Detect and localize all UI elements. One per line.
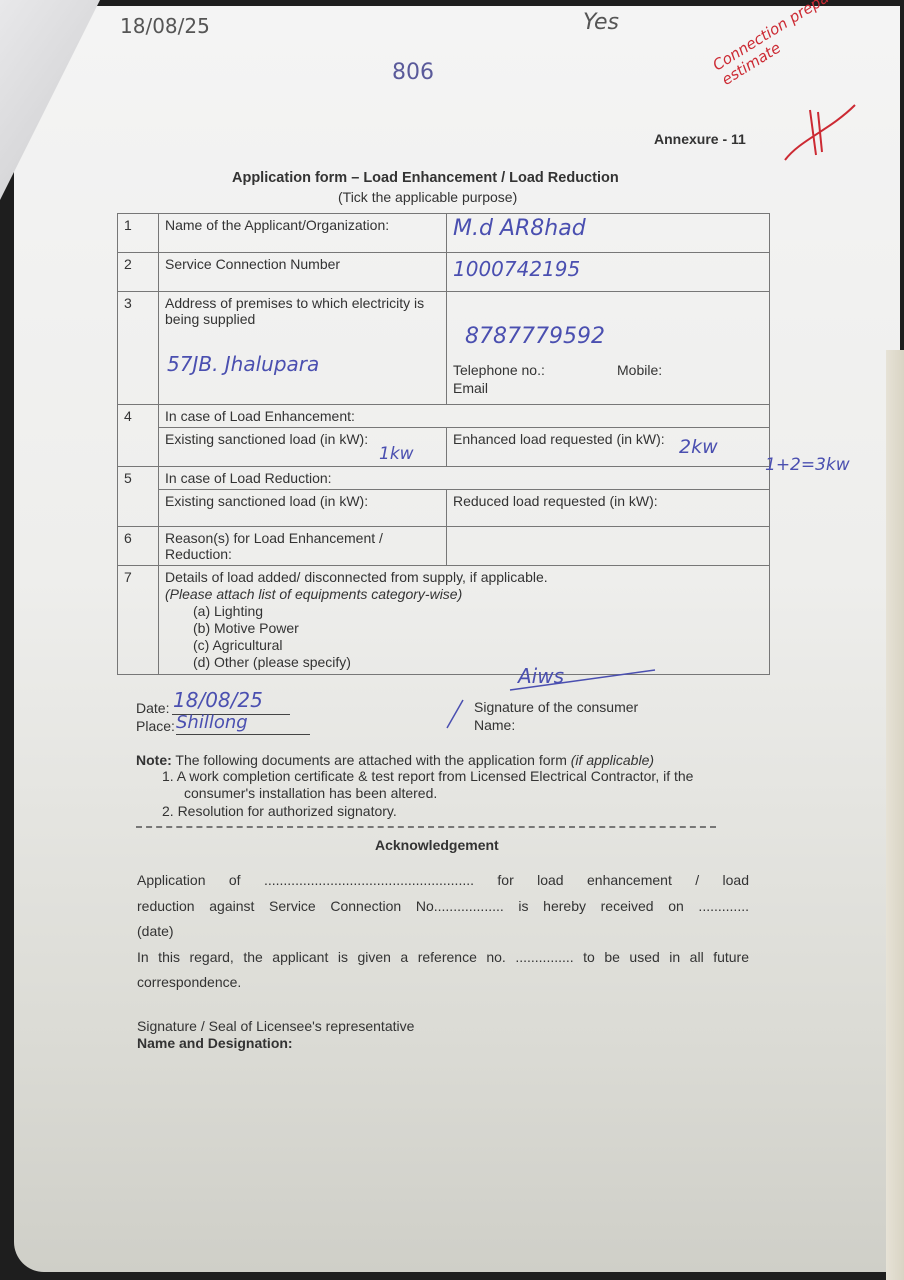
cut-line-divider bbox=[136, 826, 716, 828]
applicant-name-field[interactable]: M.d AR8had bbox=[447, 214, 770, 253]
note-text: Note: The following documents are attach… bbox=[136, 752, 654, 768]
form-row-reduction-header: 5 In case of Load Reduction: bbox=[118, 467, 770, 490]
note-item-1: 1. A work completion certificate & test … bbox=[162, 768, 693, 784]
existing-load-label: Existing sanctioned load (in kW): bbox=[165, 431, 368, 447]
handwritten-date: 18/08/25 bbox=[120, 14, 210, 38]
form-row-reduction-values: Existing sanctioned load (in kW): Reduce… bbox=[118, 490, 770, 527]
form-row-address: 3 Address of premises to which electrici… bbox=[118, 292, 770, 405]
field-note: (Please attach list of equipments catego… bbox=[165, 586, 763, 603]
place-label: Place: bbox=[136, 718, 175, 734]
form-row-load-details: 7 Details of load added/ disconnected fr… bbox=[118, 566, 770, 675]
acknowledgement-title: Acknowledgement bbox=[375, 837, 499, 853]
row-number: 2 bbox=[118, 253, 159, 292]
field-label: Reason(s) for Load Enhancement / Reducti… bbox=[159, 527, 447, 566]
category-item: (b) Motive Power bbox=[165, 620, 763, 637]
note-suffix: (if applicable) bbox=[571, 752, 654, 768]
reduced-load-field[interactable]: Reduced load requested (in kW): bbox=[447, 490, 770, 527]
row-number: 7 bbox=[118, 566, 159, 675]
field-label: Details of load added/ disconnected from… bbox=[165, 569, 763, 586]
licensee-signature-label: Signature / Seal of Licensee's represent… bbox=[137, 1018, 414, 1034]
note-item-2: 2. Resolution for authorized signatory. bbox=[162, 803, 397, 819]
form-row-enhancement-values: Existing sanctioned load (in kW): 1kw En… bbox=[118, 428, 770, 467]
existing-load-field[interactable]: Existing sanctioned load (in kW): 1kw bbox=[159, 428, 447, 467]
address-value: 57JB. Jhalupara bbox=[167, 352, 319, 376]
field-label: Name of the Applicant/Organization: bbox=[159, 214, 447, 253]
form-row-reason: 6 Reason(s) for Load Enhancement / Reduc… bbox=[118, 527, 770, 566]
enhanced-load-value: 2kw bbox=[679, 436, 718, 458]
form-row-enhancement-header: 4 In case of Load Enhancement: bbox=[118, 405, 770, 428]
name-designation-label: Name and Designation: bbox=[137, 1035, 293, 1051]
application-form-table: 1 Name of the Applicant/Organization: M.… bbox=[117, 213, 770, 675]
ack-line-4: In this regard, the applicant is given a… bbox=[137, 949, 749, 965]
load-details-field[interactable]: Details of load added/ disconnected from… bbox=[159, 566, 770, 675]
ack-line-5: correspondence. bbox=[137, 974, 241, 990]
reduced-load-label: Reduced load requested (in kW): bbox=[453, 493, 658, 509]
field-label: Service Connection Number bbox=[159, 253, 447, 292]
telephone-label: Telephone no.: bbox=[453, 362, 545, 378]
note-body: The following documents are attached wit… bbox=[175, 752, 566, 768]
form-row-service-connection: 2 Service Connection Number 1000742195 bbox=[118, 253, 770, 292]
row-number: 3 bbox=[118, 292, 159, 405]
reason-field[interactable] bbox=[447, 527, 770, 566]
handwritten-number: 806 bbox=[392, 60, 434, 85]
date-value[interactable]: 18/08/25 bbox=[173, 688, 263, 712]
ack-line-1: Application of .........................… bbox=[137, 872, 749, 888]
date-label: Date: bbox=[136, 700, 169, 716]
signature-label: Signature of the consumer bbox=[474, 699, 638, 715]
ack-line-3: (date) bbox=[137, 923, 174, 939]
form-subtitle: (Tick the applicable purpose) bbox=[338, 189, 517, 205]
note-item-1-cont: consumer's installation has been altered… bbox=[184, 785, 437, 801]
ack-line-2: reduction against Service Connection No.… bbox=[137, 898, 749, 914]
place-value[interactable]: Shillong bbox=[176, 712, 248, 733]
applicant-name-value: M.d AR8had bbox=[453, 216, 586, 241]
contact-field[interactable]: 8787779592 Telephone no.: Mobile: Email bbox=[447, 292, 770, 405]
row-number: 5 bbox=[118, 467, 159, 527]
service-connection-field[interactable]: 1000742195 bbox=[447, 253, 770, 292]
note-prefix: Note: bbox=[136, 752, 172, 768]
red-initials-mark bbox=[780, 100, 860, 170]
row-number: 4 bbox=[118, 405, 159, 467]
handwritten-yes: Yes bbox=[583, 10, 619, 35]
mobile-label: Mobile: bbox=[617, 362, 662, 378]
paper-edge bbox=[886, 350, 904, 1280]
place-underline bbox=[176, 734, 310, 735]
address-field[interactable]: Address of premises to which electricity… bbox=[159, 292, 447, 405]
row-number: 1 bbox=[118, 214, 159, 253]
form-row-name: 1 Name of the Applicant/Organization: M.… bbox=[118, 214, 770, 253]
row-number: 6 bbox=[118, 527, 159, 566]
name-label: Name: bbox=[474, 717, 515, 733]
enhanced-load-field[interactable]: Enhanced load requested (in kW): 2kw bbox=[447, 428, 770, 467]
field-label: In case of Load Reduction: bbox=[159, 467, 770, 490]
category-item: (a) Lighting bbox=[165, 603, 763, 620]
enhanced-load-label: Enhanced load requested (in kW): bbox=[453, 431, 665, 447]
field-label: In case of Load Enhancement: bbox=[159, 405, 770, 428]
existing-load-value: 1kw bbox=[379, 444, 414, 464]
phone-value: 8787779592 bbox=[465, 324, 605, 349]
email-label: Email bbox=[453, 380, 488, 396]
form-title: Application form – Load Enhancement / Lo… bbox=[232, 170, 619, 186]
category-item: (c) Agricultural bbox=[165, 637, 763, 654]
field-label: Address of premises to which electricity… bbox=[165, 295, 424, 327]
side-calculation: 1+2=3kw bbox=[765, 455, 850, 475]
existing-load-label: Existing sanctioned load (in kW): bbox=[165, 493, 368, 509]
service-connection-value: 1000742195 bbox=[453, 257, 580, 281]
annexure-label: Annexure - 11 bbox=[654, 131, 746, 147]
existing-load-reduction-field[interactable]: Existing sanctioned load (in kW): bbox=[159, 490, 447, 527]
